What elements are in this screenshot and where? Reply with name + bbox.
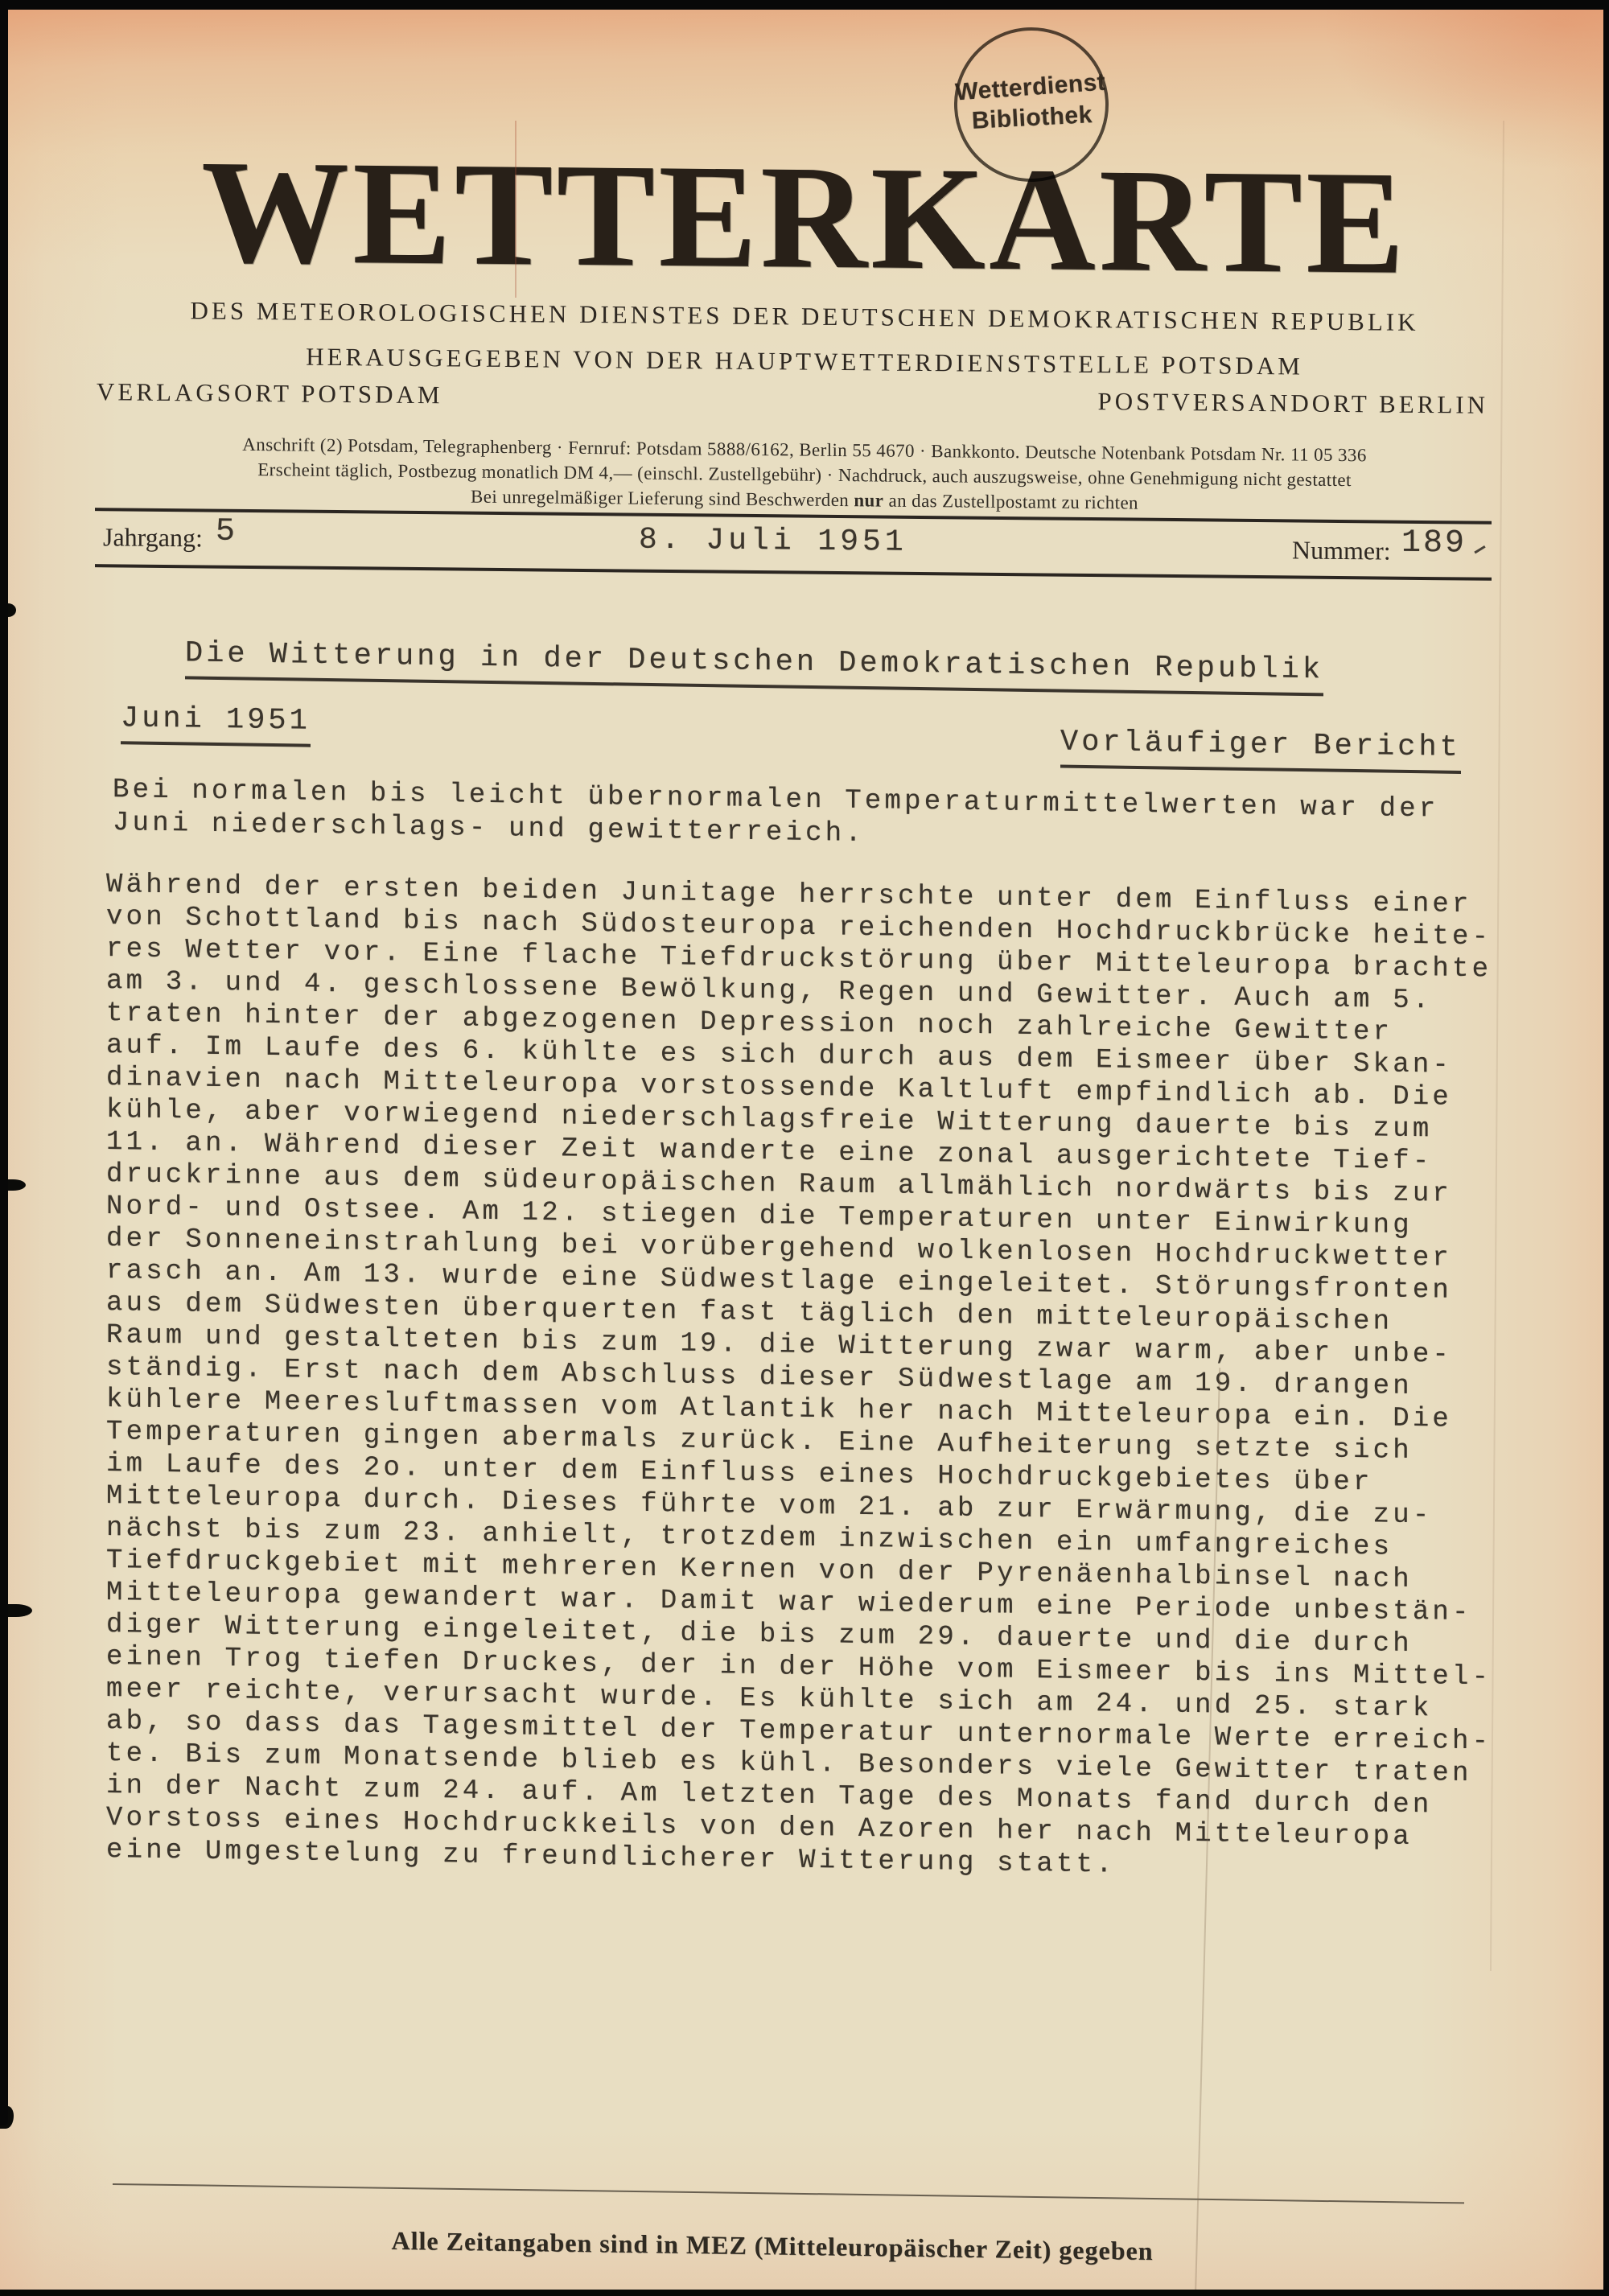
report-type-text: Vorläufiger Bericht [1060,726,1461,774]
page-title: WETTERKARTE [0,135,1609,298]
faint-red-fold-line [515,121,516,298]
nummer-value: 189 [1401,525,1467,562]
report-month-text: Juni 1951 [121,702,311,747]
scanned-weather-report-page: Wetterdienst Bibliothek WETTERKARTE DES … [0,0,1609,2296]
scan-border-bottom [0,2290,1609,2296]
publisher-location-left: VERLAGSORT POTSDAM [97,377,442,409]
library-stamp: Wetterdienst Bibliothek [950,23,1113,186]
jahrgang-label: Jahrgang: [103,522,203,553]
pen-tick-mark [1474,545,1485,553]
publisher-location-right: POSTVERSANDORT BERLIN [1098,387,1488,420]
fineprint-line3-bold: nur [854,490,883,510]
scan-border-top [0,0,1609,10]
nummer-label: Nummer: [1292,535,1391,566]
scan-border-right [1603,0,1609,2296]
scan-border-left [0,0,8,2125]
fineprint-line3-prefix: Bei unregelmäßiger Lieferung sind Beschw… [471,487,854,511]
report-body-paragraph: Während der ersten beiden Junitage herrs… [106,869,1492,1887]
report-type: Vorläufiger Bericht [1060,726,1461,774]
issue-date: 8. Juli 1951 [639,523,907,560]
report-month: Juni 1951 [121,702,311,747]
fineprint-line3-suffix: an das Zustellpostamt zu richten [883,491,1138,513]
jahrgang-value: 5 [216,514,235,550]
